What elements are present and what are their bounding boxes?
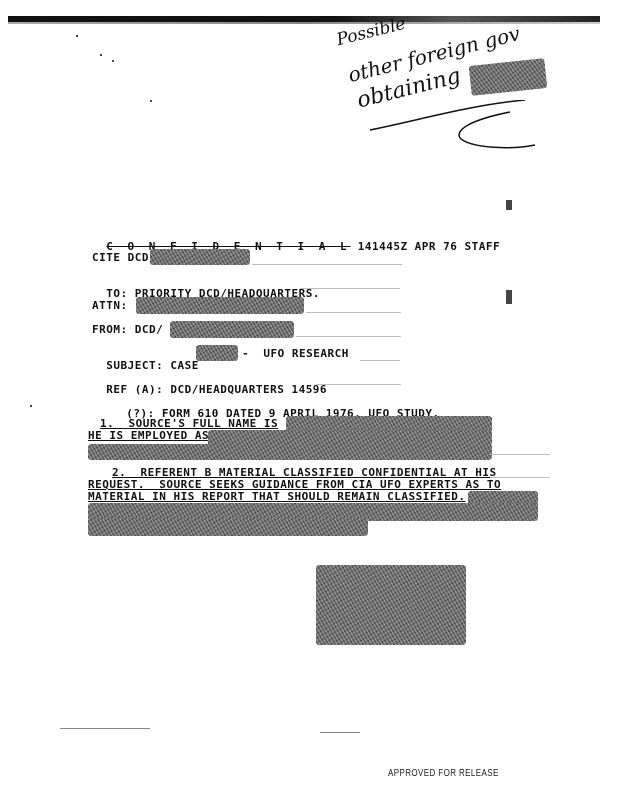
scan-speck (506, 290, 512, 304)
subject-value: - UFO RESEARCH (242, 348, 349, 360)
date-time-group: 141445Z APR 76 STAFF (358, 240, 500, 253)
scan-speck (30, 405, 32, 407)
handwritten-flourish (360, 100, 540, 160)
ref-a-line: REF (A): DCD/HEADQUARTERS 14596 (92, 372, 327, 396)
form-rule (316, 384, 401, 385)
redaction-cite (150, 249, 250, 265)
redaction-attn (136, 297, 304, 314)
scan-speck (100, 54, 102, 56)
ref-a-label: REF (A): (106, 383, 163, 396)
scan-speck (150, 100, 152, 102)
ref-a-value: DCD/HEADQUARTERS 14596 (170, 383, 327, 396)
cite-line: CITE DCD/ (92, 252, 156, 264)
form-rule (306, 312, 401, 313)
scan-speck (76, 35, 78, 37)
form-rule (360, 360, 400, 361)
scan-artifact-line (60, 728, 150, 729)
form-rule (490, 477, 550, 478)
redaction-case-number (196, 345, 238, 361)
paragraph-2-line-3: MATERIAL IN HIS REPORT THAT SHOULD REMAI… (88, 491, 466, 503)
redaction-signature-block (316, 565, 466, 645)
form-rule (296, 336, 401, 337)
scan-speck (506, 200, 512, 210)
form-rule (252, 264, 402, 265)
redaction-from (170, 321, 294, 338)
redaction-paragraph-1 (88, 444, 492, 460)
form-rule (490, 454, 550, 455)
subject-label: SUBJECT: (106, 359, 163, 372)
from-line: FROM: DCD/ (92, 324, 163, 336)
approved-for-release-stamp: APPROVED FOR RELEASE (388, 768, 499, 779)
scan-artifact-line (320, 732, 360, 733)
attn-line: ATTN: (92, 300, 128, 312)
subject-case-label: CASE (170, 359, 199, 372)
scan-speck (112, 60, 114, 62)
paragraph-1-line-2: HE IS EMPLOYED AS (88, 430, 209, 442)
redaction-handwritten (469, 58, 548, 96)
form-rule (300, 288, 400, 289)
redaction-paragraph-2-b (88, 518, 368, 536)
subject-line: SUBJECT: CASE (92, 348, 199, 372)
